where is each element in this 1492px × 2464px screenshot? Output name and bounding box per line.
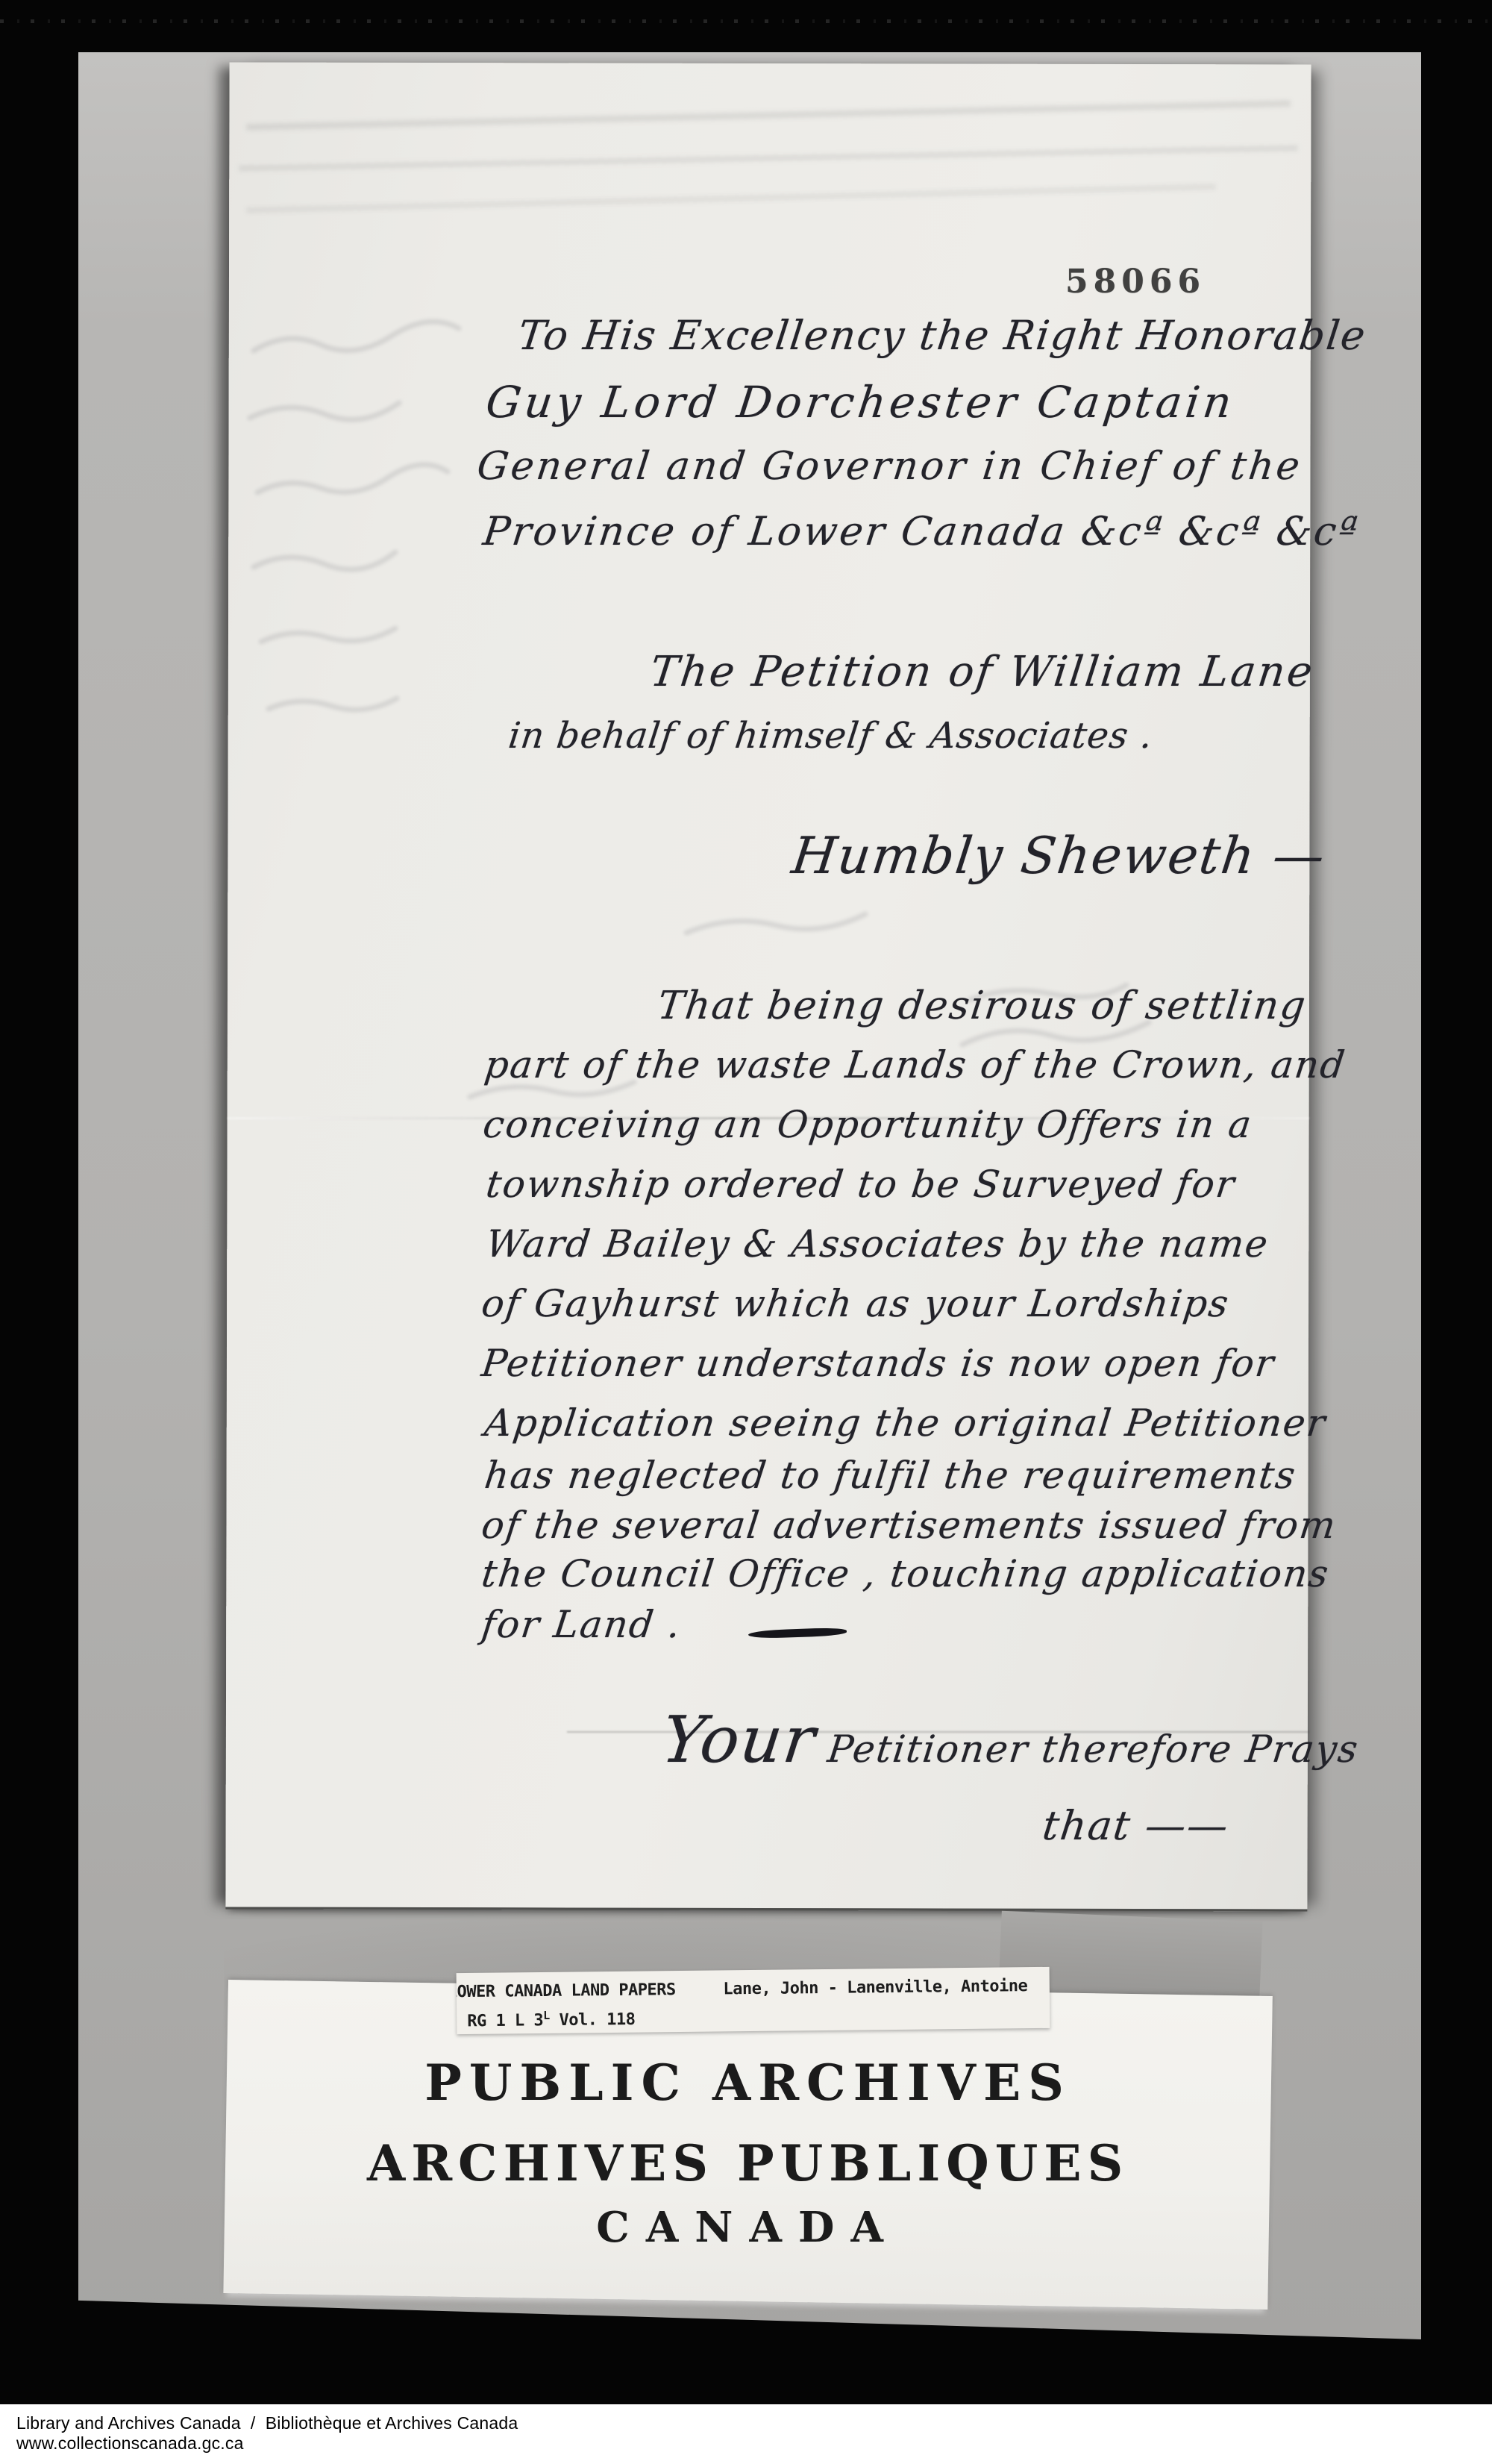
footer-url-text: www.collectionscanada.gc.ca bbox=[16, 2433, 244, 2454]
handwritten-line: Province of Lower Canada &cª &cª &cª bbox=[480, 509, 1362, 554]
handwritten-salutation: Humbly Sheweth — bbox=[789, 827, 1329, 886]
handwritten-line: That being desirous of settling bbox=[655, 984, 1309, 1028]
handwritten-line: General and Governor in Chief of the bbox=[474, 444, 1305, 489]
catalogue-label-line2: RG 1 L 3L Vol. 118 bbox=[467, 1998, 1050, 2034]
handwritten-line: conceiving an Opportunity Offers in a bbox=[480, 1103, 1255, 1146]
handwritten-line: Ward Bailey & Associates by the name bbox=[483, 1222, 1271, 1266]
prayer-lead-word: Your bbox=[658, 1703, 821, 1777]
scanned-document-viewer: 58066 To His Excellency the Right Honora… bbox=[0, 0, 1492, 2464]
handwritten-line: The Petition of William Lane bbox=[648, 648, 1317, 696]
handwritten-line: the Council Office , touching applicatio… bbox=[479, 1552, 1332, 1595]
handwritten-line: has neglected to fulfil the requirements bbox=[482, 1454, 1299, 1497]
handwritten-line: Petitioner understands is now open for bbox=[479, 1342, 1277, 1385]
handwritten-line: township ordered to be Surveyed for bbox=[483, 1163, 1238, 1206]
handwritten-line: Application seeing the original Petition… bbox=[482, 1401, 1329, 1445]
handwritten-line: that —— bbox=[1040, 1802, 1232, 1849]
handwritten-prayer-line: Your Petitioner therefore Prays bbox=[658, 1703, 1364, 1777]
footer-institution-text: Library and Archives Canada / Bibliothèq… bbox=[16, 2413, 518, 2433]
public-archives-card-face: PUBLIC ARCHIVES ARCHIVES PUBLIQUES CANAD… bbox=[226, 1988, 1270, 2301]
catalogue-label: LOWER CANADA LAND PAPERS Lane, John - La… bbox=[457, 1967, 1050, 2034]
handwritten-line: for Land . bbox=[479, 1603, 684, 1646]
handwritten-line: in behalf of himself & Associates . bbox=[507, 715, 1156, 757]
archives-card-line-en: PUBLIC ARCHIVES bbox=[226, 2054, 1270, 2112]
folio-number-stamp: 58066 bbox=[1065, 263, 1206, 301]
handwritten-line: of the several advertisements issued fro… bbox=[479, 1504, 1339, 1547]
handwritten-line: Guy Lord Dorchester Captain bbox=[483, 377, 1238, 428]
label-superscript: L bbox=[543, 2009, 550, 2022]
prayer-rest: Petitioner therefore Prays bbox=[812, 1727, 1361, 1771]
handwritten-line: part of the waste Lands of the Crown, an… bbox=[482, 1043, 1348, 1086]
archives-card-line-canada: CANADA bbox=[226, 2203, 1270, 2252]
footer-strip: Library and Archives Canada / Bibliothèq… bbox=[0, 2404, 1492, 2464]
archives-card-line-fr: ARCHIVES PUBLIQUES bbox=[226, 2134, 1270, 2192]
handwritten-line: of Gayhurst which as your Lordships bbox=[479, 1282, 1232, 1325]
handwritten-line: To His Excellency the Right Honorable bbox=[515, 312, 1369, 359]
